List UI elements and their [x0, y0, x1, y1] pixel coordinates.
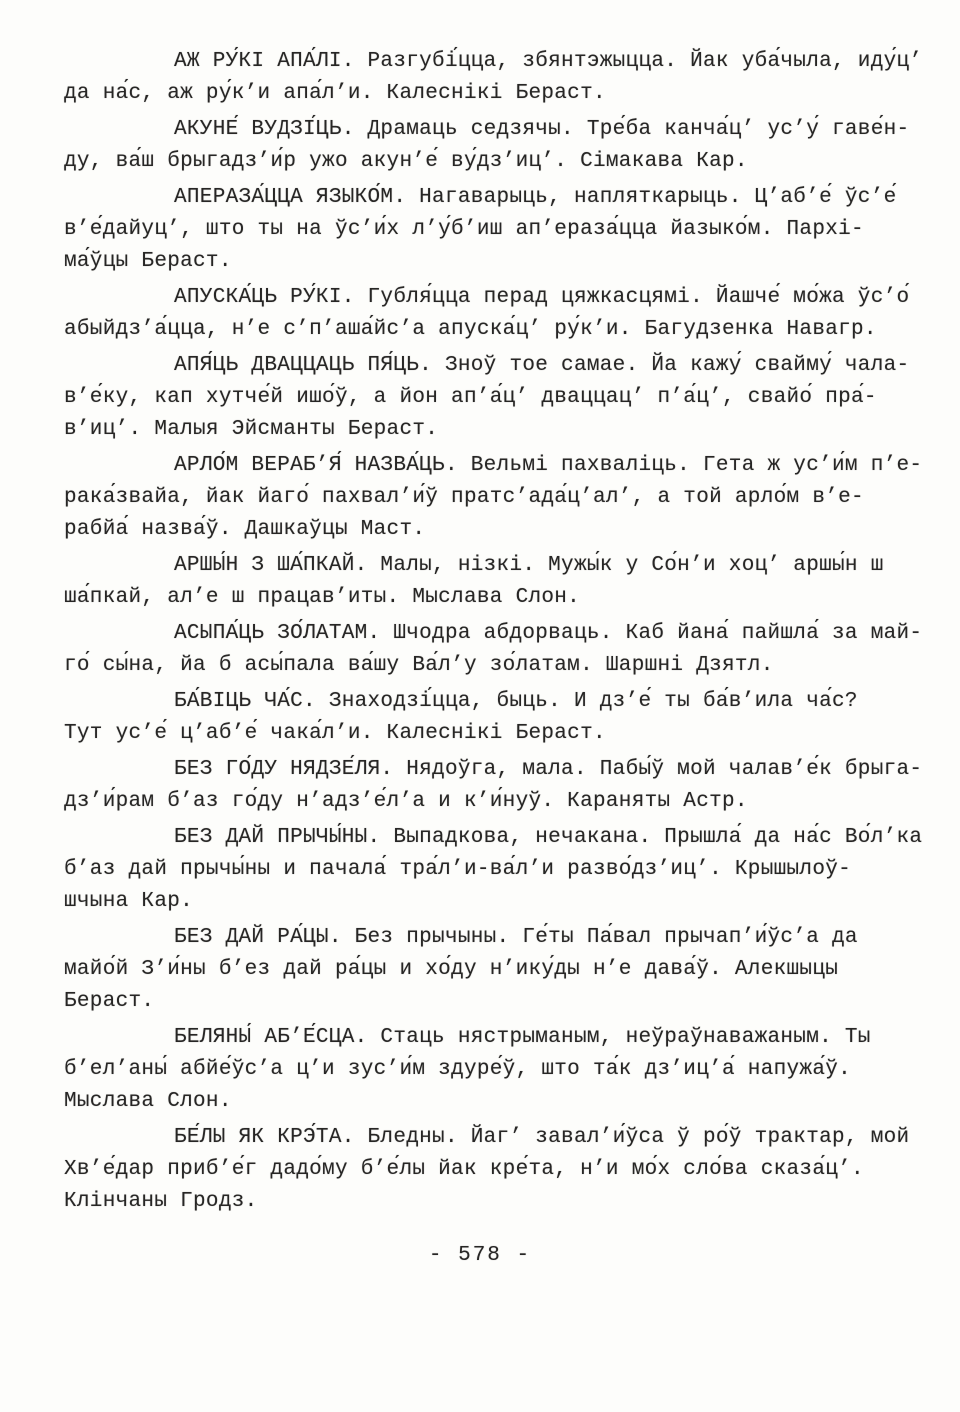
scanned-page: АЖ РУ́КІ АПА́ЛІ. Разгубі́цца, збянтэжыцц… — [0, 0, 960, 1412]
entry-line: рабйа́ назва́ў. Дашкаўцы Маст. — [64, 514, 920, 546]
entry-line: ма́ўцы Бераст. — [64, 246, 920, 278]
entry-line: абыйдз’а́цца, н’е с’п’аша́йс’а апуска́ц’… — [64, 314, 920, 346]
entry-line: б’ел’аны́ абйе́ўс’а ц’и зус’и́м здуре́ў,… — [64, 1054, 920, 1086]
dictionary-entry: АСЫПА́ЦЬ ЗО́ЛАТАМ. Шчодра абдорваць. Каб… — [64, 618, 920, 682]
entry-line: в’е́ку, кап хутче́й ишо́ў, а йон ап’а́ц’… — [64, 382, 920, 414]
entry-line: БА́ВІЦЬ ЧА́С. Знаходзі́цца, быць. И дз’е… — [64, 686, 920, 718]
dictionary-entry: БЕЛЯНЫ́ АБ’Е́СЦА. Стаць нястрыманым, неў… — [64, 1022, 920, 1118]
page-number: - 578 - — [0, 1244, 960, 1267]
dictionary-entry: АПЯ́ЦЬ ДВАЦЦАЦЬ ПЯ́ЦЬ. Зноў тое самае. Й… — [64, 350, 920, 446]
entry-line: АПУСКА́ЦЬ РУ́КІ. Губля́цца перад цяжкасц… — [64, 282, 920, 314]
dictionary-entry: БЕЗ ДАЙ ПРЫЧЫ́НЫ. Выпадкова, нечакана. П… — [64, 822, 920, 918]
dictionary-entry: АРЛО́М ВЕРАБ’Я́ НАЗВА́ЦЬ. Вельмі пахвалі… — [64, 450, 920, 546]
entry-line: ша́пкай, ал’е ш працав’иты. Мыслава Слон… — [64, 582, 920, 614]
entry-line: рака́звайа, йак йаго́ пахвал’и́ў пратс’а… — [64, 482, 920, 514]
dictionary-entry: АПЕРАЗА́ЦЦА ЯЗЫКО́М. Нагаварыць, наплятк… — [64, 182, 920, 278]
entry-line: АПЕРАЗА́ЦЦА ЯЗЫКО́М. Нагаварыць, наплятк… — [64, 182, 920, 214]
dictionary-entry: БЕЗ ДАЙ РА́ЦЫ. Без прычыны. Ге́ты Па́вал… — [64, 922, 920, 1018]
entry-line: Мыслава Слон. — [64, 1086, 920, 1118]
dictionary-entries: АЖ РУ́КІ АПА́ЛІ. Разгубі́цца, збянтэжыцц… — [0, 0, 960, 1218]
entry-line: в’иц’. Малыя Эйсманты Бераст. — [64, 414, 920, 446]
dictionary-entry: БА́ВІЦЬ ЧА́С. Знаходзі́цца, быць. И дз’е… — [64, 686, 920, 750]
entry-line: Хв’е́дар приб’е́г дадо́му б’е́лы йак кре… — [64, 1154, 920, 1186]
dictionary-entry: БЕЗ ГО́ДУ НЯДЗЕ́ЛЯ. Нядоўга, мала. Пабы́… — [64, 754, 920, 818]
entry-line: БЕЗ ДАЙ ПРЫЧЫ́НЫ. Выпадкова, нечакана. П… — [64, 822, 920, 854]
entry-line: майо́й З’и́ны б’ез дай ра́цы и хо́ду н’и… — [64, 954, 920, 986]
dictionary-entry: АЖ РУ́КІ АПА́ЛІ. Разгубі́цца, збянтэжыцц… — [64, 46, 920, 110]
entry-line: Тут ус’е́ ц’аб’е́ чака́л’и. Калеснікі Бе… — [64, 718, 920, 750]
entry-line: да на́с, аж ру́к’и апа́л’и. Калеснікі Бе… — [64, 78, 920, 110]
entry-line: АРШЫ́Н З ША́ПКАЙ. Малы, нізкі. Мужы́к у … — [64, 550, 920, 582]
entry-line: БЕЗ ГО́ДУ НЯДЗЕ́ЛЯ. Нядоўга, мала. Пабы́… — [64, 754, 920, 786]
entry-line: ду, ва́ш брыгадз’и́р ужо акун’е́ ву́дз’и… — [64, 146, 920, 178]
entry-line: АРЛО́М ВЕРАБ’Я́ НАЗВА́ЦЬ. Вельмі пахвалі… — [64, 450, 920, 482]
dictionary-entry: АРШЫ́Н З ША́ПКАЙ. Малы, нізкі. Мужы́к у … — [64, 550, 920, 614]
entry-line: Клінчаны Гродз. — [64, 1186, 920, 1218]
entry-line: в’е́дайуц’, што ты на ўс’и́х л’у́б’иш ап… — [64, 214, 920, 246]
entry-line: Бераст. — [64, 986, 920, 1018]
entry-line: б’аз дай прычы́ны и пачала́ тра́л’и-ва́л… — [64, 854, 920, 886]
entry-line: АСЫПА́ЦЬ ЗО́ЛАТАМ. Шчодра абдорваць. Каб… — [64, 618, 920, 650]
entry-line: шчына Кар. — [64, 886, 920, 918]
entry-line: го́ сы́на, йа б асы́пала ва́шу Ва́л’у зо… — [64, 650, 920, 682]
entry-line: АПЯ́ЦЬ ДВАЦЦАЦЬ ПЯ́ЦЬ. Зноў тое самае. Й… — [64, 350, 920, 382]
entry-line: БЕЛЯНЫ́ АБ’Е́СЦА. Стаць нястрыманым, неў… — [64, 1022, 920, 1054]
entry-line: БЕ́ЛЫ ЯК КРЭ́ТА. Бледны. Йаг’ завал’и́ўс… — [64, 1122, 920, 1154]
entry-line: дз’и́рам б’аз го́ду н’адз’е́л’а и к’и́ну… — [64, 786, 920, 818]
dictionary-entry: АПУСКА́ЦЬ РУ́КІ. Губля́цца перад цяжкасц… — [64, 282, 920, 346]
entry-line: АКУНЕ́ ВУДЗІ́ЦЬ. Драмаць седзячы. Тре́ба… — [64, 114, 920, 146]
entry-line: АЖ РУ́КІ АПА́ЛІ. Разгубі́цца, збянтэжыцц… — [64, 46, 920, 78]
dictionary-entry: БЕ́ЛЫ ЯК КРЭ́ТА. Бледны. Йаг’ завал’и́ўс… — [64, 1122, 920, 1218]
dictionary-entry: АКУНЕ́ ВУДЗІ́ЦЬ. Драмаць седзячы. Тре́ба… — [64, 114, 920, 178]
entry-line: БЕЗ ДАЙ РА́ЦЫ. Без прычыны. Ге́ты Па́вал… — [64, 922, 920, 954]
